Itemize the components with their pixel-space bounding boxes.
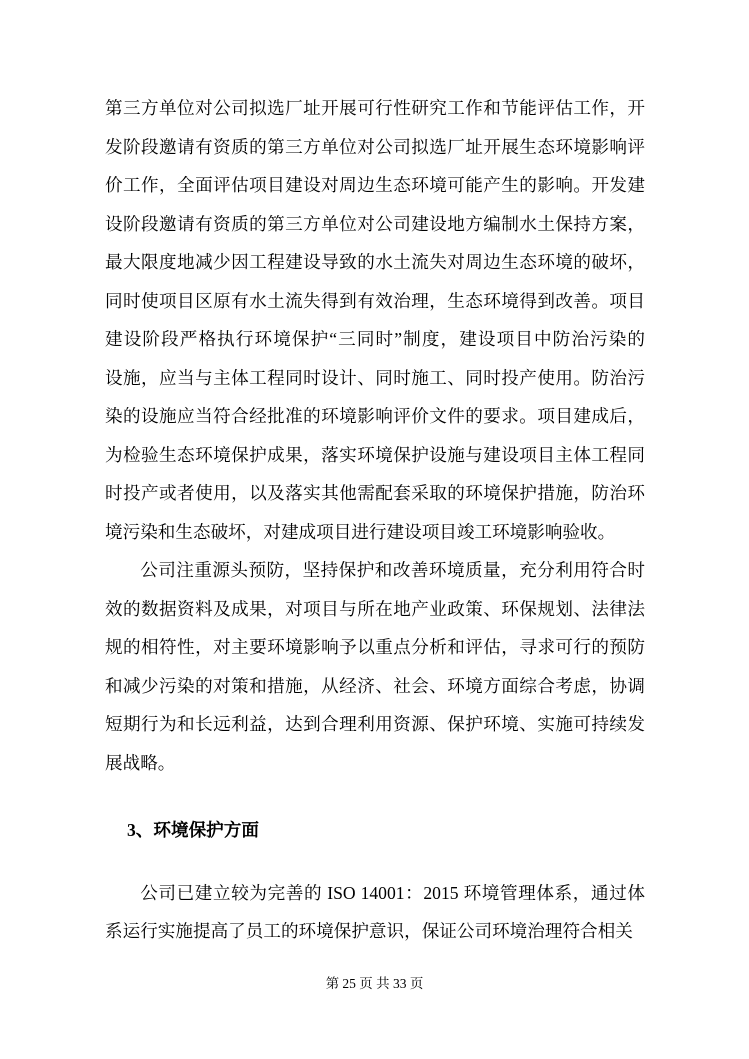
text-line: 和减少污染的对策和措施，从经济、社会、环境方面综合考虑，协调 bbox=[105, 667, 645, 706]
text-line: 最大限度地减少因工程建设导致的水土流失对周边生态环境的破坏， bbox=[105, 243, 645, 282]
text-line: 同时使项目区原有水土流失得到有效治理，生态环境得到改善。项目 bbox=[105, 282, 645, 321]
text-line: 设阶段邀请有资质的第三方单位对公司建设地方编制水土保持方案， bbox=[105, 205, 645, 244]
document-page: 第三方单位对公司拟选厂址开展可行性研究工作和节能评估工作，开发阶段邀请有资质的第… bbox=[0, 0, 749, 1059]
text-line: 展战略。 bbox=[105, 744, 645, 783]
text-line: 短期行为和长远利益，达到合理利用资源、保护环境、实施可持续发 bbox=[105, 705, 645, 744]
text-line: 第三方单位对公司拟选厂址开展可行性研究工作和节能评估工作，开 bbox=[105, 89, 645, 128]
text-line: 效的数据资料及成果，对项目与所在地产业政策、环保规划、法律法 bbox=[105, 590, 645, 629]
section-heading-environmental-protection: 3、环境保护方面 bbox=[105, 811, 645, 850]
paragraph-third-party-assessment: 第三方单位对公司拟选厂址开展可行性研究工作和节能评估工作，开发阶段邀请有资质的第… bbox=[105, 89, 645, 551]
text-line: 发阶段邀请有资质的第三方单位对公司拟选厂址开展生态环境影响评 bbox=[105, 128, 645, 167]
page-body: 第三方单位对公司拟选厂址开展可行性研究工作和节能评估工作，开发阶段邀请有资质的第… bbox=[105, 89, 645, 951]
text-line: 建设阶段严格执行环境保护“三同时”制度，建设项目中防治污染的 bbox=[105, 320, 645, 359]
paragraph-iso-14001: 公司已建立较为完善的 ISO 14001：2015 环境管理体系，通过体系运行实… bbox=[105, 874, 645, 951]
paragraph-source-prevention: 公司注重源头预防，坚持保护和改善环境质量，充分利用符合时效的数据资料及成果，对项… bbox=[105, 551, 645, 782]
text-line: 设施，应当与主体工程同时设计、同时施工、同时投产使用。防治污 bbox=[105, 359, 645, 398]
text-line: 公司已建立较为完善的 ISO 14001：2015 环境管理体系，通过体 bbox=[105, 874, 645, 913]
text-line: 系运行实施提高了员工的环境保护意识，保证公司环境治理符合相关 bbox=[105, 912, 645, 951]
page-footer: 第 25 页 共 33 页 bbox=[0, 976, 749, 992]
text-line: 染的设施应当符合经批准的环境影响评价文件的要求。项目建成后， bbox=[105, 397, 645, 436]
text-line: 规的相符性，对主要环境影响予以重点分析和评估，寻求可行的预防 bbox=[105, 628, 645, 667]
text-line: 时投产或者使用，以及落实其他需配套采取的环境保护措施，防治环 bbox=[105, 474, 645, 513]
text-line: 公司注重源头预防，坚持保护和改善环境质量，充分利用符合时 bbox=[105, 551, 645, 590]
text-line: 境污染和生态破坏，对建成项目进行建设项目竣工环境影响验收。 bbox=[105, 513, 645, 552]
text-line: 价工作，全面评估项目建设对周边生态环境可能产生的影响。开发建 bbox=[105, 166, 645, 205]
page-number-indicator: 第 25 页 共 33 页 bbox=[326, 976, 424, 991]
text-line: 为检验生态环境保护成果，落实环境保护设施与建设项目主体工程同 bbox=[105, 436, 645, 475]
